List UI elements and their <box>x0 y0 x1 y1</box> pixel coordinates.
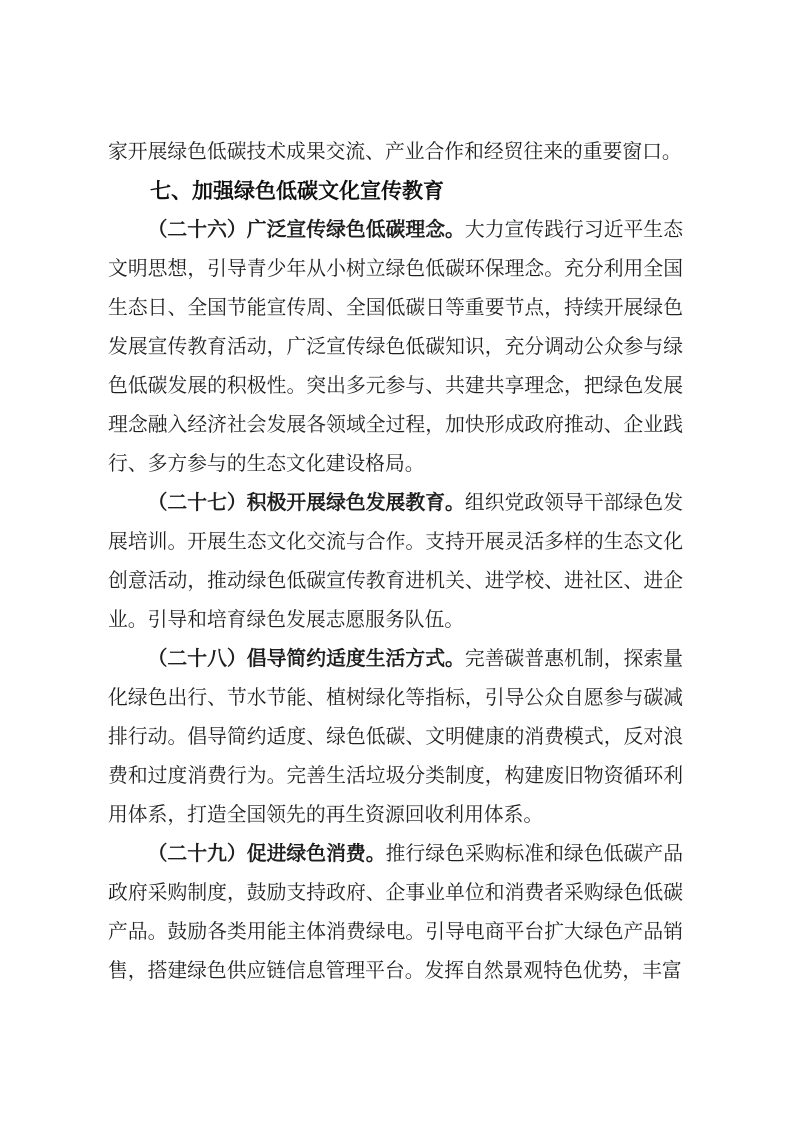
item-26-lead: （二十六）广泛宣传绿色低碳理念。 <box>148 219 465 241</box>
item-27-lead: （二十七）积极开展绿色发展教育。 <box>148 492 465 514</box>
item-28-body: 完善碳普惠机制，探索量化绿色出行、节水节能、植树绿化等指标，引导公众自愿参与碳减… <box>108 648 683 826</box>
paragraph-item-26: （二十六）广泛宣传绿色低碳理念。大力宣传践行习近平生态文明思想，引导青少年从小树… <box>108 211 683 484</box>
paragraph-continuation: 家开展绿色低碳技术成果交流、产业合作和经贸往来的重要窗口。 <box>108 133 683 172</box>
document-page: 家开展绿色低碳技术成果交流、产业合作和经贸往来的重要窗口。 七、加强绿色低碳文化… <box>0 0 794 1123</box>
paragraph-item-27: （二十七）积极开展绿色发展教育。组织党政领导干部绿色发展培训。开展生态文化交流与… <box>108 484 683 640</box>
section-heading: 七、加强绿色低碳文化宣传教育 <box>108 172 683 211</box>
paragraph-item-28: （二十八）倡导简约适度生活方式。完善碳普惠机制，探索量化绿色出行、节水节能、植树… <box>108 640 683 835</box>
item-28-lead: （二十八）倡导简约适度生活方式。 <box>148 648 465 670</box>
paragraph-item-29: （二十九）促进绿色消费。推行绿色采购标准和绿色低碳产品政府采购制度，鼓励支持政府… <box>108 835 683 991</box>
item-26-body: 大力宣传践行习近平生态文明思想，引导青少年从小树立绿色低碳环保理念。充分利用全国… <box>108 219 683 475</box>
item-29-lead: （二十九）促进绿色消费。 <box>148 843 386 865</box>
